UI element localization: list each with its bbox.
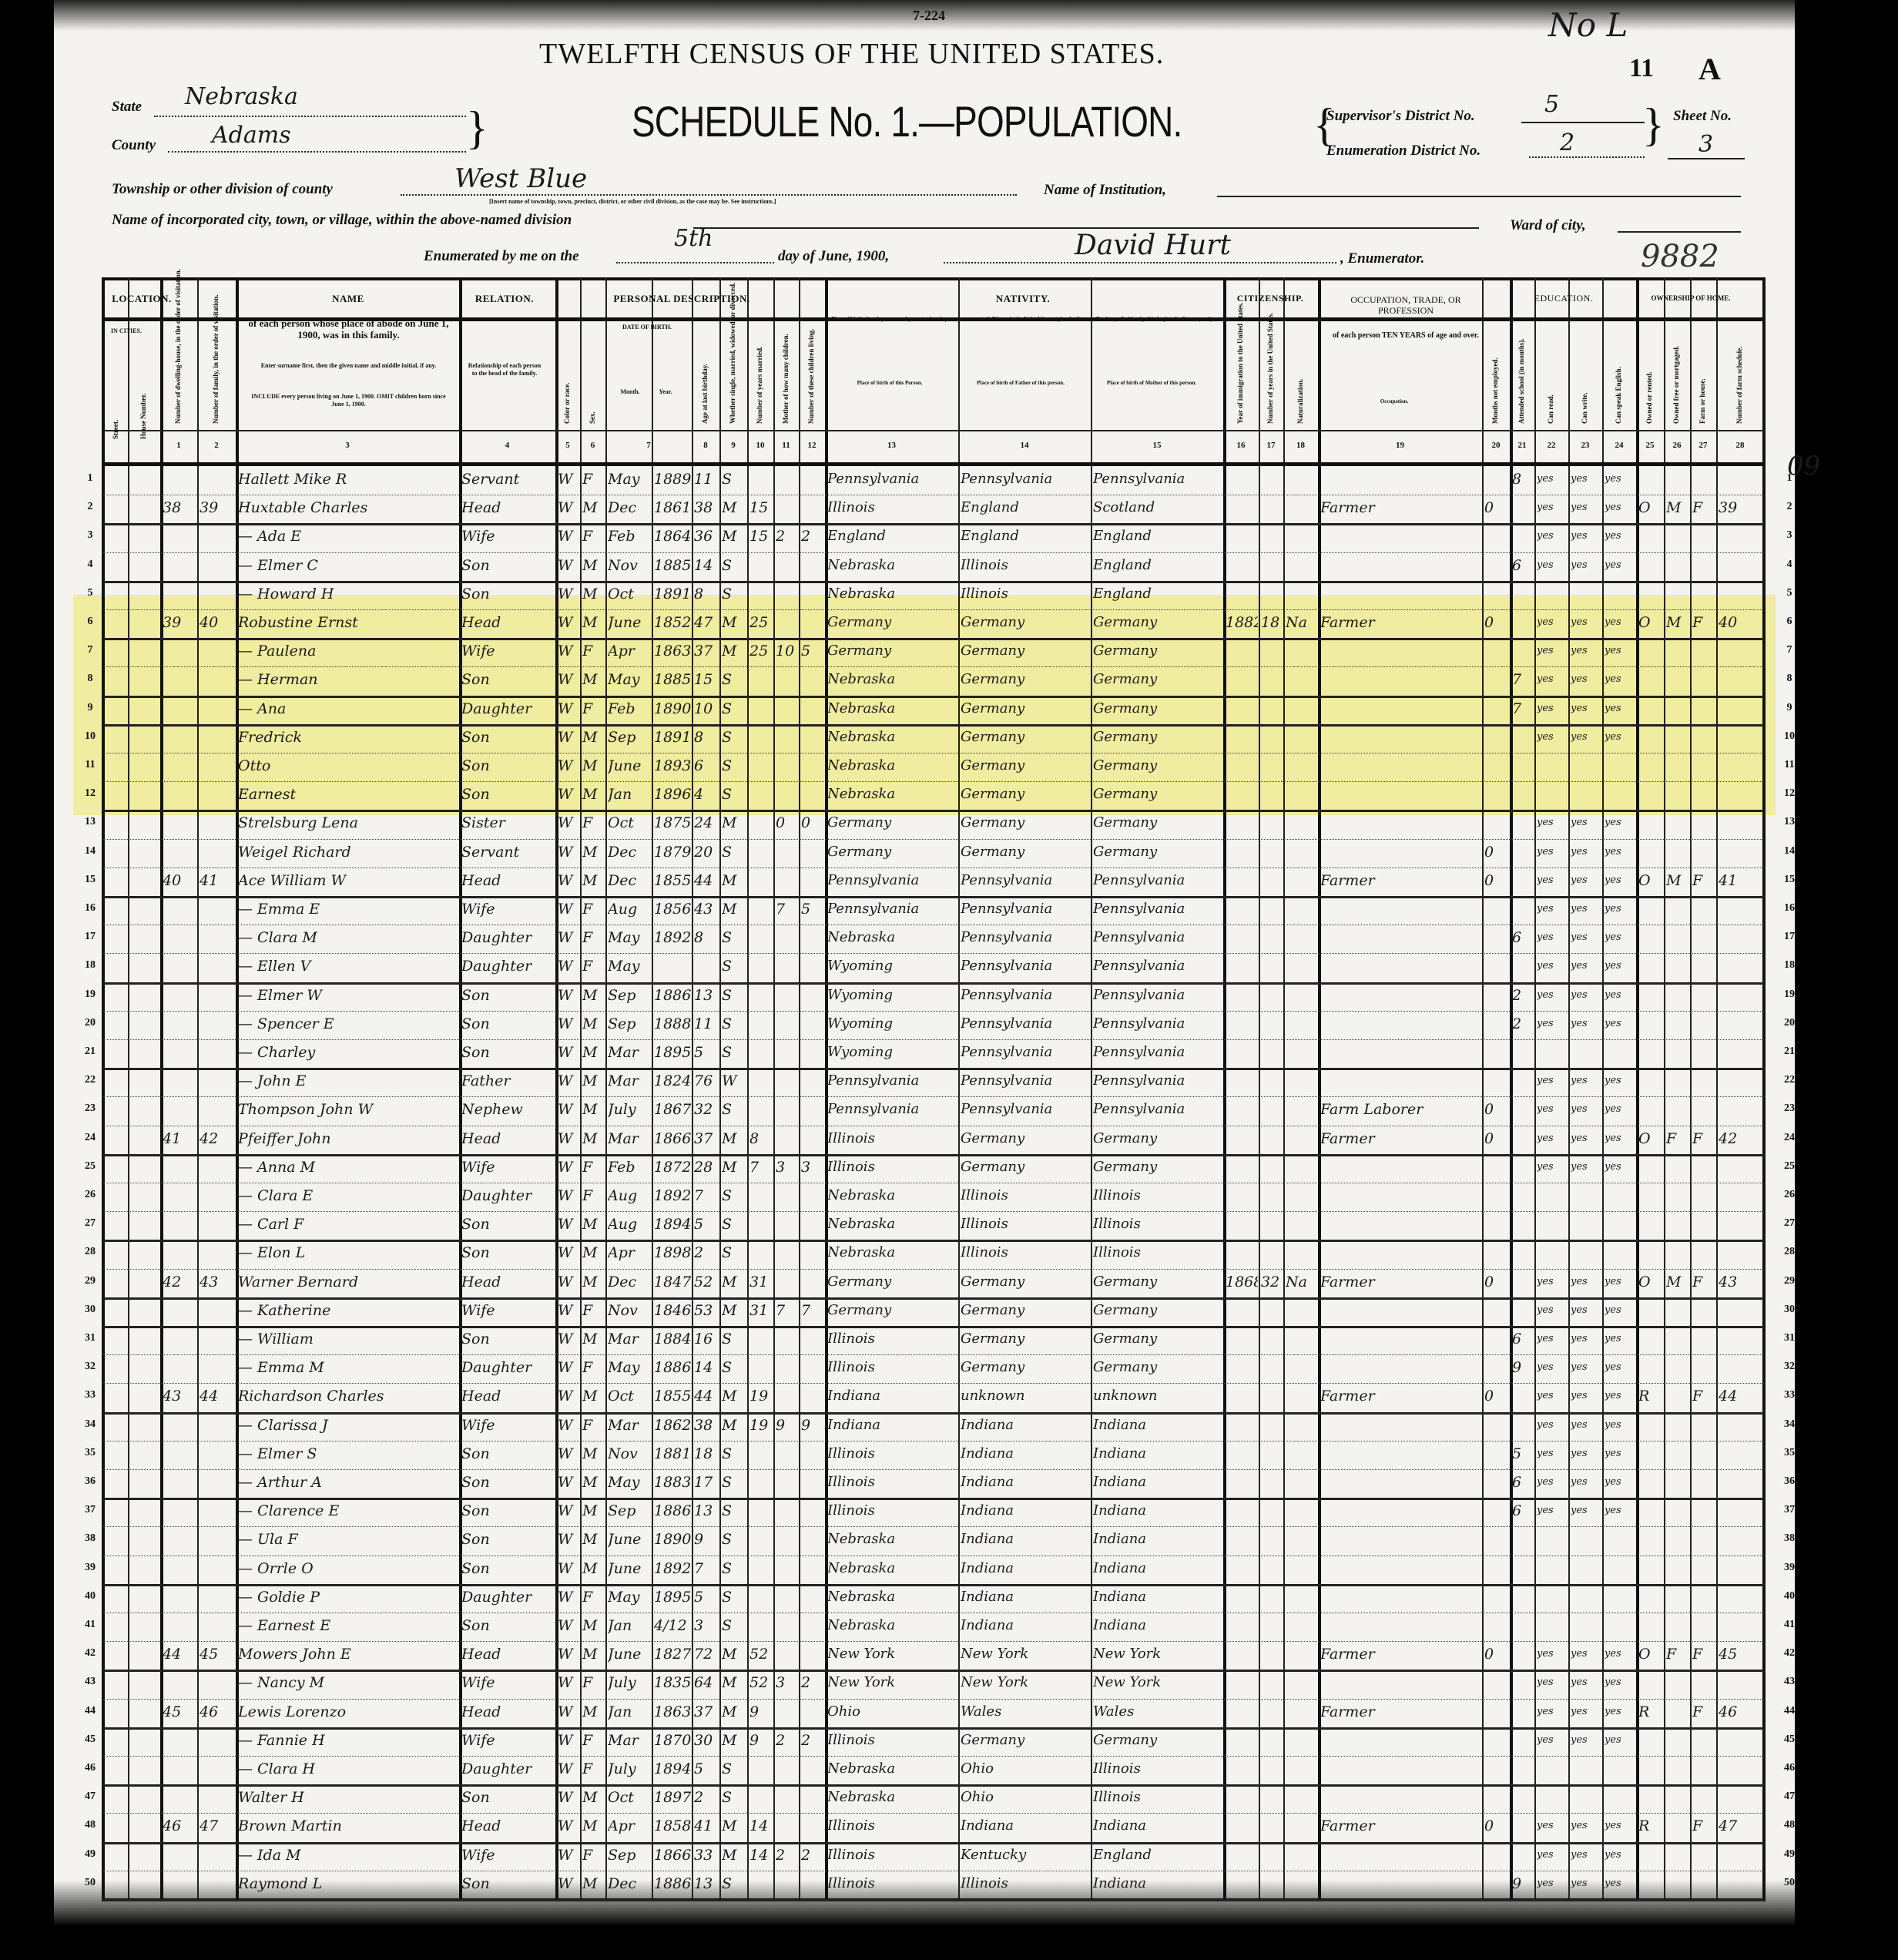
header-rule: [105, 462, 1764, 466]
cell-wr: yes: [1571, 1071, 1601, 1091]
page-side: A: [1698, 51, 1721, 87]
cell-farm: F: [1692, 871, 1715, 891]
cell-color: W: [558, 1559, 579, 1579]
cell-month: Sep: [608, 1014, 651, 1034]
cell-sex: M: [582, 1816, 605, 1836]
cell-farm: F: [1692, 1386, 1715, 1406]
name-include-note: INCLUDE every person living on June 1, 1…: [246, 393, 451, 408]
cell-rd: yes: [1537, 956, 1568, 976]
header-fam: Number of family, in the order of visita…: [212, 331, 220, 424]
cell-age: 8: [694, 727, 719, 747]
column-number: 11: [773, 441, 799, 450]
cell-fs: 40: [1719, 612, 1763, 633]
cell-rel: Son: [461, 1501, 555, 1521]
cell-rel: Head: [461, 1644, 555, 1664]
cell-fam: 39: [200, 498, 235, 518]
cell-age: 11: [694, 1014, 719, 1034]
column-rule-rd: [1534, 277, 1536, 1898]
cell-rel: Daughter: [461, 928, 555, 948]
column-number: 14: [958, 441, 1091, 450]
cell-color: W: [558, 985, 579, 1005]
cell-mc: 2: [776, 1845, 798, 1865]
cell-wr: yes: [1571, 1129, 1601, 1149]
cell-pobf: Germany: [961, 1358, 1090, 1378]
cell-pob: Nebraska: [827, 756, 957, 776]
cell-pobm: Pennsylvania: [1093, 871, 1222, 891]
cell-year: 1875: [654, 813, 691, 833]
row-number-left: 24: [79, 1132, 102, 1144]
cell-age: 6: [694, 756, 719, 776]
row-number-left: 31: [79, 1332, 102, 1344]
cell-free: F: [1666, 1644, 1689, 1664]
cell-rel: Son: [461, 1243, 555, 1263]
column-number: 27: [1690, 441, 1716, 450]
cell-month: Oct: [608, 584, 651, 604]
county-field-line: [168, 151, 466, 153]
enumerated-prefix: Enumerated by me on the: [424, 248, 579, 265]
cell-pob: Pennsylvania: [827, 1071, 957, 1091]
cell-age: 36: [694, 526, 719, 546]
row-rule: [103, 1498, 1764, 1500]
cell-name: — Clara H: [238, 1759, 458, 1779]
cell-sch: 6: [1512, 1329, 1534, 1349]
cell-mne: 0: [1484, 1099, 1509, 1119]
cell-age: 5: [694, 1759, 719, 1779]
row-number-left: 5: [79, 587, 102, 599]
cell-age: 43: [694, 899, 719, 919]
cell-imm: 1882: [1226, 612, 1258, 633]
row-rule: [103, 1842, 1764, 1844]
cell-dw: 42: [163, 1272, 196, 1292]
cell-fs: 46: [1719, 1702, 1763, 1722]
row-number-right: 39: [1778, 1562, 1801, 1574]
cell-ms: M: [722, 813, 746, 833]
cell-rd: yes: [1537, 555, 1568, 576]
row-number-left: 9: [79, 702, 102, 714]
cell-month: Jan: [608, 784, 651, 804]
cell-rel: Head: [461, 1129, 555, 1149]
cell-pobm: England: [1093, 1845, 1222, 1865]
row-rule: [103, 1727, 1764, 1730]
cell-pobf: Pennsylvania: [961, 899, 1090, 919]
cell-wr: yes: [1571, 813, 1601, 833]
page-number: 11: [1629, 54, 1654, 83]
cell-color: W: [558, 1472, 579, 1492]
cell-fam: 43: [200, 1272, 235, 1292]
cell-name: — Emma M: [238, 1358, 458, 1378]
column-rule-sch: [1510, 277, 1513, 1898]
row-rule: [103, 696, 1764, 698]
sheet-field-line: [1668, 158, 1745, 159]
cell-age: 30: [694, 1730, 719, 1750]
group-personal-description: PERSONAL DESCRIPTION.: [558, 293, 805, 305]
pob-father-header: Place of birth of Father of this person.: [959, 380, 1082, 387]
cell-color: W: [558, 1272, 579, 1292]
row-number-left: 20: [79, 1017, 102, 1029]
cell-pobm: Indiana: [1093, 1874, 1222, 1894]
cell-age: 53: [694, 1301, 719, 1321]
cell-month: Feb: [608, 699, 651, 719]
cell-year: 1894: [654, 1214, 691, 1234]
cell-month: Feb: [608, 1157, 651, 1177]
cell-year: 1890: [654, 699, 691, 719]
cell-year: 1835: [654, 1673, 691, 1693]
cell-age: 14: [694, 1358, 719, 1378]
cell-pobm: Germany: [1093, 1329, 1222, 1349]
row-number-left: 50: [79, 1877, 102, 1889]
cell-month: Nov: [608, 1444, 651, 1464]
cell-wr: yes: [1571, 842, 1601, 862]
cell-color: W: [558, 1816, 579, 1836]
cell-year: 1863: [654, 641, 691, 661]
cell-ms: M: [722, 641, 746, 661]
cell-month: Mar: [608, 1042, 651, 1062]
cell-pobm: Pennsylvania: [1093, 899, 1222, 919]
row-number-right: 24: [1778, 1132, 1801, 1144]
cell-ms: S: [722, 1014, 746, 1034]
cell-name: — Carl F: [238, 1214, 458, 1234]
header-dw: Number of dwelling-house, in the order o…: [174, 331, 182, 424]
cell-rel: Daughter: [461, 1587, 555, 1607]
cell-rel: Wife: [461, 1301, 555, 1321]
cell-sex: F: [582, 469, 605, 489]
row-rule: [103, 638, 1764, 640]
cell-pob: New York: [827, 1673, 957, 1693]
cell-sch: 9: [1512, 1358, 1534, 1378]
cell-pobf: Pennsylvania: [961, 1071, 1090, 1091]
cell-color: W: [558, 1243, 579, 1263]
cell-en: yes: [1605, 956, 1635, 976]
cell-rel: Son: [461, 1874, 555, 1894]
header-farm: Farm or house.: [1698, 331, 1706, 424]
cell-month: Oct: [608, 813, 651, 833]
cell-ms: S: [722, 699, 746, 719]
cell-pobm: Germany: [1093, 756, 1222, 776]
cell-sex: M: [582, 1616, 605, 1636]
cell-rel: Son: [461, 1214, 555, 1234]
cell-pobf: Pennsylvania: [961, 1042, 1090, 1062]
cell-color: W: [558, 1759, 579, 1779]
cell-color: W: [558, 956, 579, 976]
cell-mc: 3: [776, 1673, 798, 1693]
cell-rd: yes: [1537, 699, 1568, 719]
cell-sex: M: [582, 1874, 605, 1894]
cell-month: July: [608, 1673, 651, 1693]
header-rd: Can read.: [1547, 331, 1554, 424]
cell-rel: Wife: [461, 1157, 555, 1177]
cell-age: 5: [694, 1587, 719, 1607]
cell-name: — Earnest E: [238, 1616, 458, 1636]
row-number-left: 28: [79, 1246, 102, 1258]
cell-pobf: Germany: [961, 784, 1090, 804]
row-number-right: 13: [1778, 816, 1801, 828]
cell-wr: yes: [1571, 1874, 1601, 1894]
cell-age: 8: [694, 584, 719, 604]
cell-pob: Germany: [827, 1301, 957, 1321]
cell-name: Hallett Mike R: [238, 469, 458, 489]
cell-mne: 0: [1484, 498, 1509, 518]
cell-fam: 42: [200, 1129, 235, 1149]
cell-year: 1891: [654, 727, 691, 747]
row-number-right: 50: [1778, 1877, 1801, 1889]
cell-sch: 6: [1512, 555, 1534, 576]
group-relation: RELATION.: [462, 293, 547, 305]
cell-ym: 31: [749, 1272, 773, 1292]
cell-pob: Nebraska: [827, 1587, 957, 1607]
cell-en: yes: [1605, 1644, 1635, 1664]
cell-sex: M: [582, 1644, 605, 1664]
cell-rel: Head: [461, 1702, 555, 1722]
cell-en: yes: [1605, 1272, 1635, 1292]
cell-month: Mar: [608, 1415, 651, 1435]
column-number: 13: [825, 441, 958, 450]
cell-pob: Pennsylvania: [827, 1099, 957, 1119]
cell-pobf: Kentucky: [961, 1845, 1090, 1865]
column-number: 5: [555, 441, 580, 450]
cell-sch: 6: [1512, 928, 1534, 948]
cell-color: W: [558, 1301, 579, 1321]
cell-pobm: New York: [1093, 1644, 1222, 1664]
cell-age: 3: [694, 1616, 719, 1636]
cell-own: O: [1638, 498, 1663, 518]
cell-rel: Son: [461, 1014, 555, 1034]
cell-pobm: Germany: [1093, 612, 1222, 633]
row-rule: [103, 609, 1764, 610]
cell-rel: Son: [461, 1787, 555, 1807]
cell-en: yes: [1605, 526, 1635, 546]
cell-ms: S: [722, 1358, 746, 1378]
cell-age: 10: [694, 699, 719, 719]
cell-occ: Farmer: [1320, 1386, 1481, 1406]
form-code: 7-224: [913, 8, 945, 24]
row-number-left: 8: [79, 673, 102, 685]
cell-name: — Paulena: [238, 641, 458, 661]
cell-color: W: [558, 1587, 579, 1607]
cell-pobf: Pennsylvania: [961, 1014, 1090, 1034]
row-rule: [103, 666, 1764, 667]
cell-pobm: Indiana: [1093, 1816, 1222, 1836]
cell-color: W: [558, 498, 579, 518]
column-rule-pobm: [1091, 277, 1092, 1898]
column-rule-year: [652, 277, 653, 1898]
cell-rd: yes: [1537, 612, 1568, 633]
row-number-left: 17: [79, 931, 102, 943]
cell-pob: Nebraska: [827, 1616, 957, 1636]
cell-wr: yes: [1571, 555, 1601, 576]
cell-en: yes: [1605, 1301, 1635, 1321]
ward-field-line: [1618, 231, 1741, 233]
cell-en: yes: [1605, 1816, 1635, 1836]
cell-fs: 42: [1719, 1129, 1763, 1149]
column-rule-fam: [197, 277, 199, 1898]
header-ym: Number of years married.: [756, 331, 763, 424]
pob-person-header: Place of birth of this Person.: [828, 380, 951, 387]
column-rule-en: [1602, 277, 1604, 1898]
cell-rel: Son: [461, 756, 555, 776]
row-number-left: 13: [79, 816, 102, 828]
cell-sex: F: [582, 899, 605, 919]
row-number-left: 21: [79, 1045, 102, 1058]
cell-name: Walter H: [238, 1787, 458, 1807]
cell-pobm: Illinois: [1093, 1214, 1222, 1234]
cell-pob: Nebraska: [827, 1214, 957, 1234]
row-number-right: 4: [1778, 559, 1801, 571]
cell-rel: Head: [461, 1386, 555, 1406]
cell-pob: Illinois: [827, 1129, 957, 1149]
cell-ms: S: [722, 956, 746, 976]
row-number-left: 3: [79, 529, 102, 542]
cell-rd: yes: [1537, 641, 1568, 661]
row-number-right: 35: [1778, 1447, 1801, 1459]
cell-month: June: [608, 1644, 651, 1664]
cell-pobm: Illinois: [1093, 1243, 1222, 1263]
cell-wr: yes: [1571, 1845, 1601, 1865]
cell-own: O: [1638, 1644, 1663, 1664]
cell-pobf: Germany: [961, 813, 1090, 833]
cell-year: 1863: [654, 1702, 691, 1722]
cell-sex: M: [582, 1129, 605, 1149]
cell-fam: 44: [200, 1386, 235, 1406]
row-rule: [103, 1699, 1764, 1700]
row-number-left: 26: [79, 1189, 102, 1201]
cell-name: Lewis Lorenzo: [238, 1702, 458, 1722]
cell-color: W: [558, 584, 579, 604]
cell-fs: 41: [1719, 871, 1763, 891]
header-nat: Naturalization.: [1296, 331, 1304, 424]
cell-age: 17: [694, 1472, 719, 1492]
cell-sex: F: [582, 1358, 605, 1378]
cell-month: Mar: [608, 1730, 651, 1750]
cell-ms: M: [722, 498, 746, 518]
cell-rel: Servant: [461, 469, 555, 489]
cell-month: Sep: [608, 985, 651, 1005]
column-number: 8: [692, 441, 719, 450]
cell-color: W: [558, 670, 579, 690]
cell-en: yes: [1605, 1386, 1635, 1406]
cell-sex: M: [582, 1529, 605, 1549]
cell-wr: yes: [1571, 469, 1601, 489]
cell-rel: Son: [461, 1529, 555, 1549]
cell-age: 24: [694, 813, 719, 833]
cell-pobf: Pennsylvania: [961, 1099, 1090, 1119]
cell-month: Dec: [608, 1874, 651, 1894]
cell-year: 1872: [654, 1157, 691, 1177]
county-value: Adams: [212, 122, 291, 149]
cell-ym: 14: [749, 1845, 773, 1865]
row-number-right: 44: [1778, 1705, 1801, 1717]
column-rule-farm: [1690, 277, 1692, 1898]
cell-name: — Ellen V: [238, 956, 458, 976]
row-number-right: 41: [1778, 1619, 1801, 1631]
cell-rel: Son: [461, 784, 555, 804]
header-yrs: Number of years in the United States.: [1266, 331, 1274, 424]
cell-pob: Germany: [827, 1272, 957, 1292]
row-number-right: 17: [1778, 931, 1801, 943]
row-number-left: 1: [79, 472, 102, 485]
cell-color: W: [558, 1329, 579, 1349]
cell-pob: Nebraska: [827, 1243, 957, 1263]
cell-ms: S: [722, 1214, 746, 1234]
row-number-left: 43: [79, 1676, 102, 1688]
cell-year: 1886: [654, 1874, 691, 1894]
cell-fs: 44: [1719, 1386, 1763, 1406]
row-rule: [103, 1813, 1764, 1814]
cell-ym: 9: [749, 1702, 773, 1722]
cell-ms: M: [722, 1702, 746, 1722]
cell-farm: F: [1692, 1644, 1715, 1664]
column-number: 12: [799, 441, 825, 450]
cell-pobf: Germany: [961, 1301, 1090, 1321]
enumerated-suffix: day of June, 1900,: [778, 248, 889, 265]
cell-month: Nov: [608, 555, 651, 576]
cell-year: 1858: [654, 1816, 691, 1836]
cell-age: 7: [694, 1559, 719, 1579]
column-rule-pobf: [958, 277, 960, 1898]
cell-rel: Daughter: [461, 956, 555, 976]
enumeration-label: Enumeration District No.: [1326, 143, 1481, 159]
cell-sex: F: [582, 641, 605, 661]
cell-pobm: Germany: [1093, 842, 1222, 862]
cell-ms: S: [722, 1501, 746, 1521]
cell-pobm: Illinois: [1093, 1787, 1222, 1807]
cell-year: 1891: [654, 584, 691, 604]
cell-occ: Farmer: [1320, 1644, 1481, 1664]
cell-name: — Elmer S: [238, 1444, 458, 1464]
cell-sch: 5: [1512, 1444, 1534, 1464]
cell-dw: 38: [163, 498, 196, 518]
cell-en: yes: [1605, 1730, 1635, 1750]
row-number-right: 47: [1778, 1791, 1801, 1803]
cell-pob: Indiana: [827, 1415, 957, 1435]
cell-ms: M: [722, 612, 746, 633]
cell-rd: yes: [1537, 469, 1568, 489]
cell-year: 1886: [654, 1501, 691, 1521]
supervisor-field-line: [1521, 122, 1645, 123]
cell-name: Earnest: [238, 784, 458, 804]
cell-color: W: [558, 526, 579, 546]
cell-age: 16: [694, 1329, 719, 1349]
cell-year: 1889: [654, 469, 691, 489]
header-en: Can speak English.: [1615, 331, 1622, 424]
row-number-right: 1: [1778, 472, 1801, 485]
row-number-right: 3: [1778, 529, 1801, 542]
cell-pob: Nebraska: [827, 784, 957, 804]
cell-pob: Wyoming: [827, 985, 957, 1005]
name-instruction: Enter surname first, then the given name…: [246, 362, 451, 370]
cell-color: W: [558, 1702, 579, 1722]
cell-age: 44: [694, 1386, 719, 1406]
cell-pobf: Germany: [961, 641, 1090, 661]
cell-pobm: Indiana: [1093, 1616, 1222, 1636]
supervisor-label: Supervisor's District No.: [1326, 108, 1475, 125]
row-rule: [103, 1211, 1764, 1212]
cell-name: — Clarissa J: [238, 1415, 458, 1435]
cell-rel: Wife: [461, 1845, 555, 1865]
column-number: 28: [1716, 441, 1764, 450]
cell-wr: yes: [1571, 1301, 1601, 1321]
cell-sex: F: [582, 928, 605, 948]
township-field-line: [401, 194, 1017, 196]
cell-ms: M: [722, 1644, 746, 1664]
cell-rel: Father: [461, 1071, 555, 1091]
cell-name: Robustine Ernst: [238, 612, 458, 633]
header-mc: Mother of how many children.: [782, 331, 790, 424]
cell-wr: yes: [1571, 727, 1601, 747]
cell-cl: 2: [801, 1673, 824, 1693]
cell-ym: 52: [749, 1644, 773, 1664]
cell-wr: yes: [1571, 641, 1601, 661]
township-label: Township or other division of county: [112, 181, 333, 198]
